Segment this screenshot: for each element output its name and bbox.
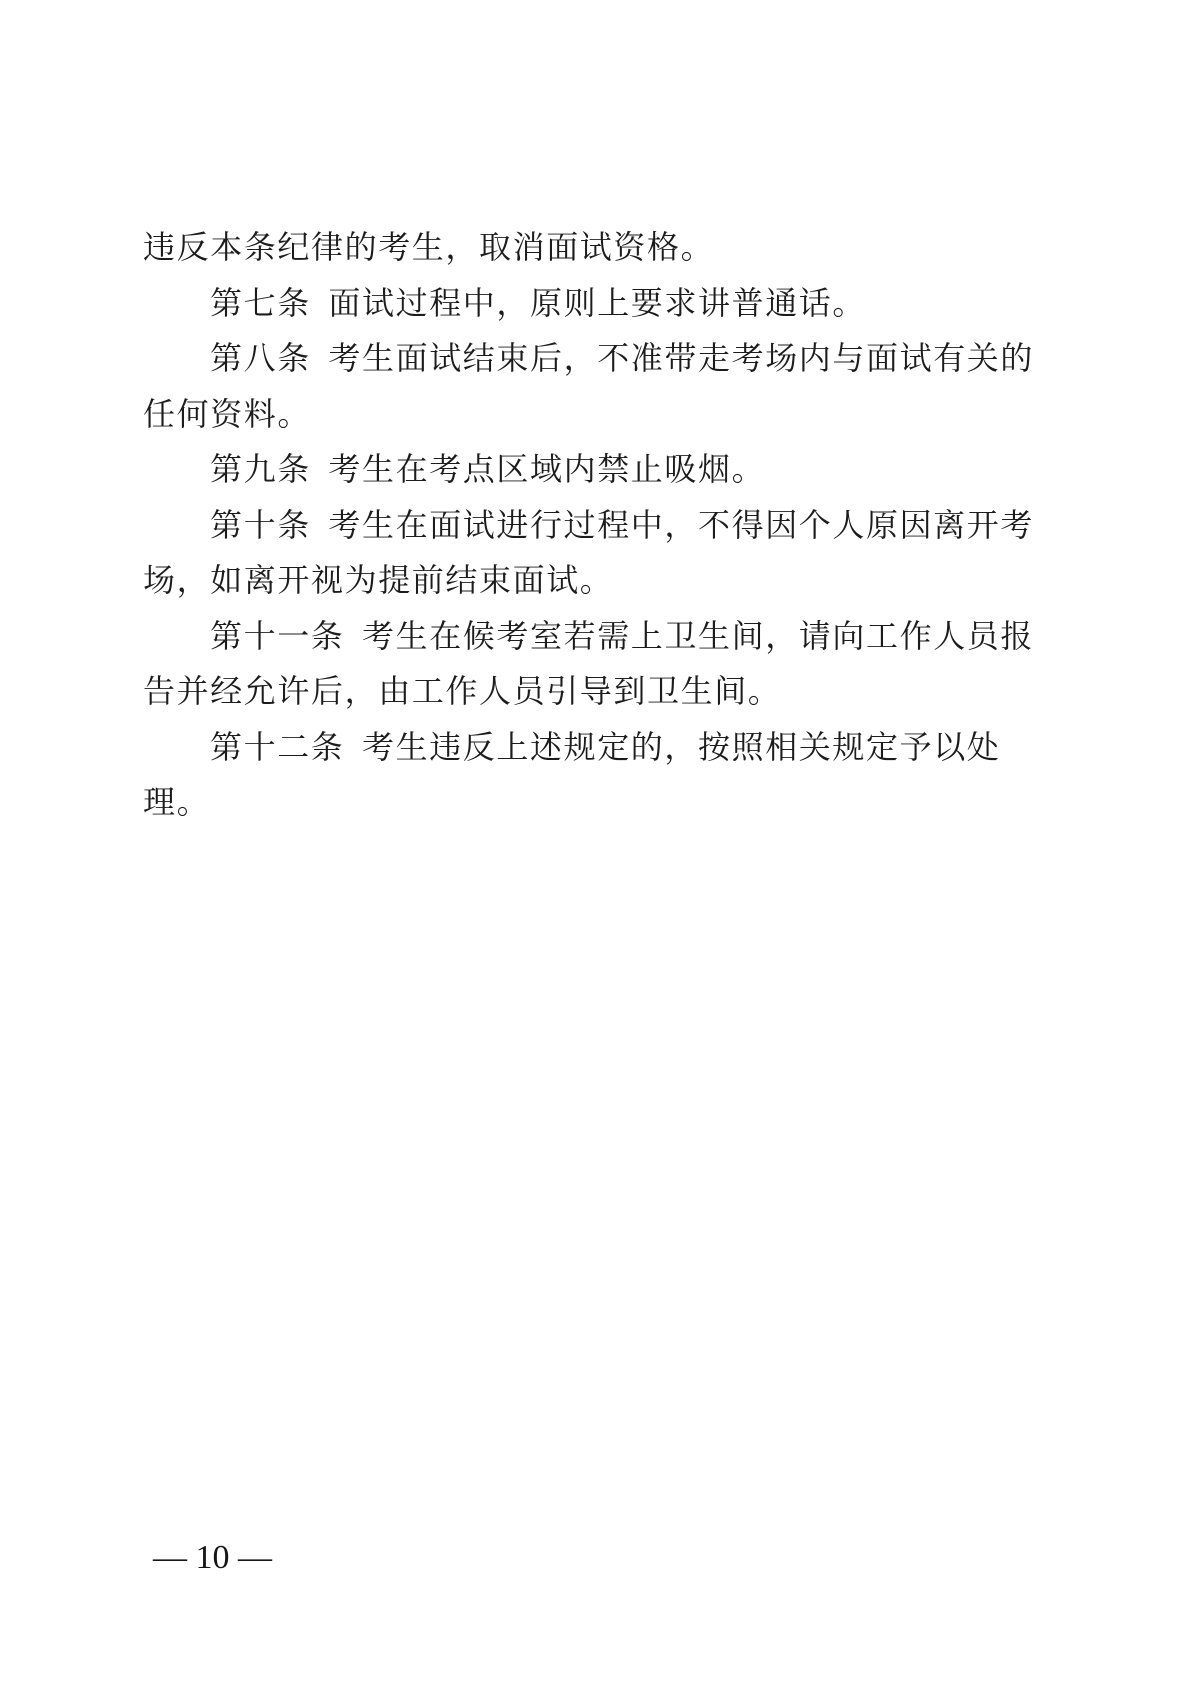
text-line: 第八条 考生面试结束后，不准带走考场内与面试有关的 <box>143 331 1103 387</box>
text-line: 理。 <box>143 775 1103 831</box>
text-line: 第九条 考生在考点区域内禁止吸烟。 <box>143 442 1103 498</box>
text-line: 违反本条纪律的考生，取消面试资格。 <box>143 220 1103 276</box>
text-line: 场，如离开视为提前结束面试。 <box>143 553 1103 609</box>
text-line: 第十条 考生在面试进行过程中，不得因个人原因离开考 <box>143 498 1103 554</box>
document-body: 违反本条纪律的考生，取消面试资格。第七条 面试过程中，原则上要求讲普通话。第八条… <box>143 220 1103 831</box>
text-line: 第十一条 考生在候考室若需上卫生间，请向工作人员报 <box>143 609 1103 665</box>
document-page: 违反本条纪律的考生，取消面试资格。第七条 面试过程中，原则上要求讲普通话。第八条… <box>0 0 1191 1684</box>
page-number: — 10 — <box>153 1541 272 1575</box>
text-line: 第七条 面试过程中，原则上要求讲普通话。 <box>143 276 1103 332</box>
text-line: 任何资料。 <box>143 387 1103 443</box>
text-line: 第十二条 考生违反上述规定的，按照相关规定予以处 <box>143 720 1103 776</box>
text-line: 告并经允许后，由工作人员引导到卫生间。 <box>143 664 1103 720</box>
